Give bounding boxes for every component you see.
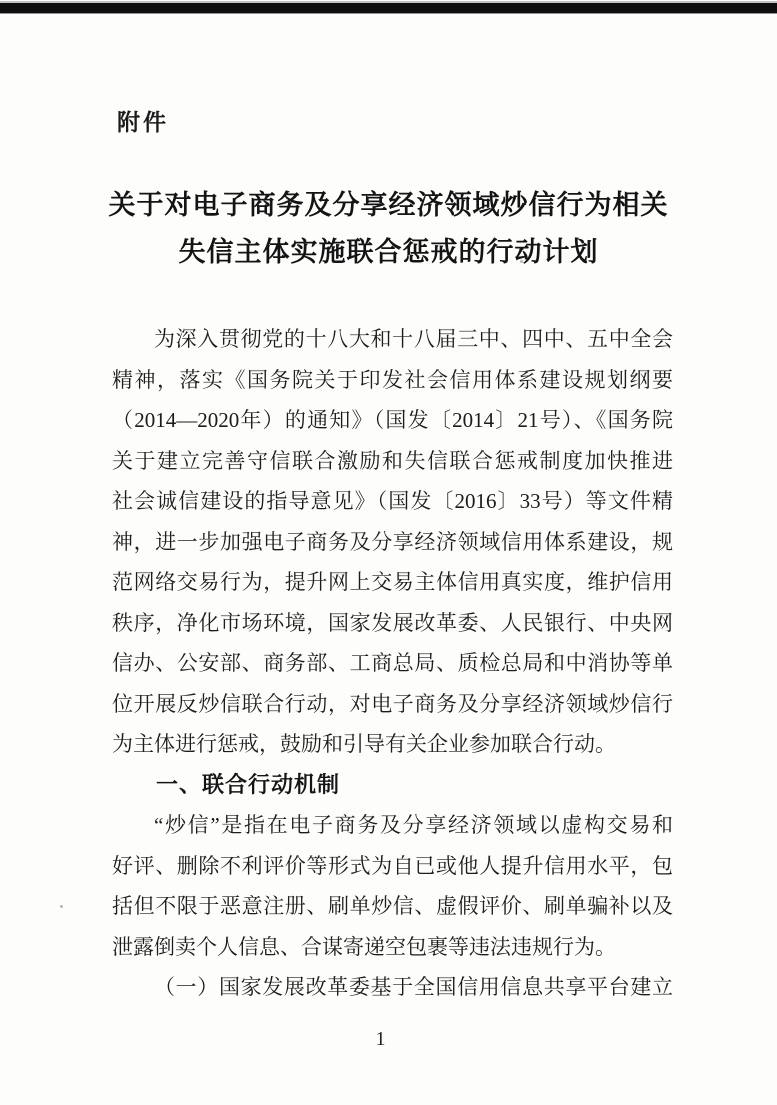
scan-speck xyxy=(520,260,523,263)
body-line: “炒信”是指在电子商务及分享经济领域以虚构交易和 xyxy=(112,805,673,846)
body-line: 范网络交易行为，提升网上交易主体信用真实度，维护信用 xyxy=(112,562,673,603)
body-line: 信办、公安部、商务部、工商总局、质检总局和中消协等单 xyxy=(112,643,673,684)
body-line: 关于建立完善守信联合激励和失信联合惩戒制度加快推进 xyxy=(112,441,673,482)
body-line: 括但不限于恶意注册、刷单炒信、虚假评价、刷单骗补以及 xyxy=(112,886,673,927)
body-line: 为主体进行惩戒，鼓励和引导有关企业参加联合行动。 xyxy=(112,724,673,765)
document-title: 关于对电子商务及分享经济领域炒信行为相关 失信主体实施联合惩戒的行动计划 xyxy=(0,182,777,276)
body-line: 精神，落实《国务院关于印发社会信用体系建设规划纲要 xyxy=(112,360,673,401)
scanner-edge-artifact xyxy=(0,3,777,13)
scan-speck xyxy=(60,905,63,908)
body-line: 位开展反炒信联合行动，对电子商务及分享经济领域炒信行 xyxy=(112,684,673,725)
body-line: 神，进一步加强电子商务及分享经济领域信用体系建设，规 xyxy=(112,522,673,563)
body-line: 为深入贯彻党的十八大和十八届三中、四中、五中全会 xyxy=(112,319,673,360)
title-line-2: 失信主体实施联合惩戒的行动计划 xyxy=(0,229,777,276)
body-line: 秩序，净化市场环境，国家发展改革委、人民银行、中央网 xyxy=(112,603,673,644)
body-line: 泄露倒卖个人信息、合谋寄递空包裹等违法违规行为。 xyxy=(112,927,673,968)
page-number: 1 xyxy=(0,1028,761,1051)
document-body: 为深入贯彻党的十八大和十八届三中、四中、五中全会 精神，落实《国务院关于印发社会… xyxy=(112,319,673,1008)
title-line-1: 关于对电子商务及分享经济领域炒信行为相关 xyxy=(0,182,777,229)
body-line: 好评、删除不利评价等形式为自已或他人提升信用水平，包 xyxy=(112,846,673,887)
scanned-document-page: 附件 关于对电子商务及分享经济领域炒信行为相关 失信主体实施联合惩戒的行动计划 … xyxy=(0,0,777,1105)
scan-speck xyxy=(660,700,663,703)
attachment-label: 附件 xyxy=(117,104,169,137)
body-line: （一）国家发展改革委基于全国信用信息共享平台建立 xyxy=(112,967,673,1008)
scan-speck xyxy=(300,455,303,458)
body-line: 社会诚信建设的指导意见》（国发〔2016〕33号）等文件精 xyxy=(112,481,673,522)
section-heading: 一、联合行动机制 xyxy=(112,765,673,806)
body-line: （2014—2020年）的通知》（国发〔2014〕21号）、《国务院 xyxy=(112,400,673,441)
